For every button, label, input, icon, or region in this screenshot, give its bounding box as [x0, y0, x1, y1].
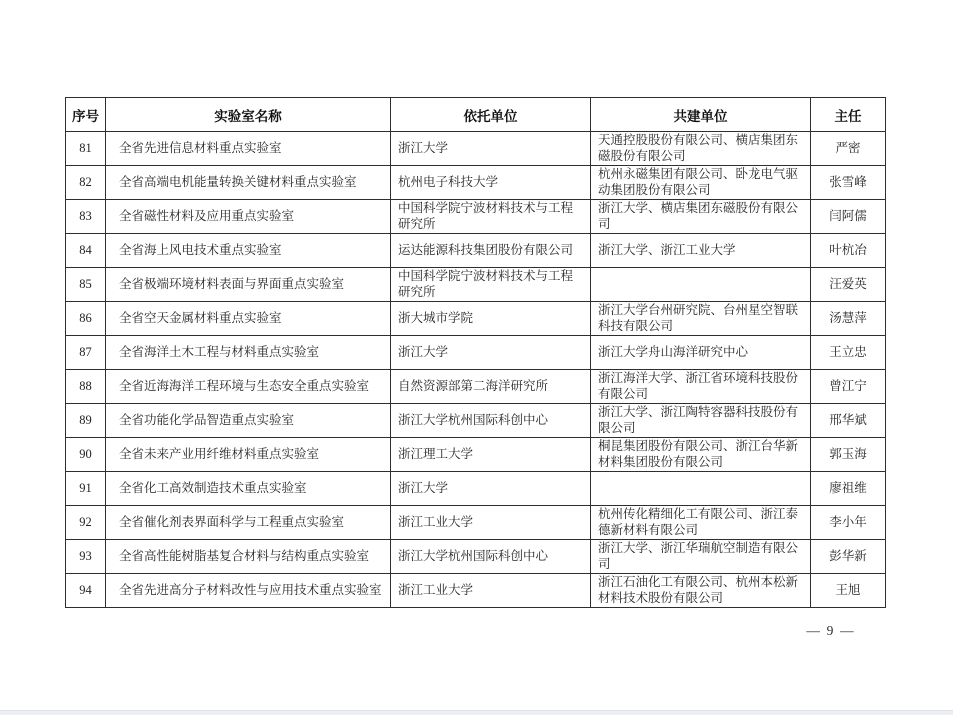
- table-row: 84全省海上风电技术重点实验室运达能源科技集团股份有限公司浙江大学、浙江工业大学…: [66, 234, 886, 268]
- row-number-cell: 85: [66, 268, 106, 302]
- director-cell: 郭玉海: [811, 438, 886, 472]
- lab-table-header: 序号实验室名称依托单位共建单位主任: [66, 98, 886, 132]
- director-cell: 叶杭冶: [811, 234, 886, 268]
- partner-units-cell: 浙江大学、浙江华瑞航空制造有限公司: [591, 540, 811, 574]
- director-cell: 廖祖维: [811, 472, 886, 506]
- lab-name-cell: 全省海洋土木工程与材料重点实验室: [106, 336, 391, 370]
- row-number-cell: 94: [66, 574, 106, 608]
- table-row: 85全省极端环境材料表面与界面重点实验室中国科学院宁波材料技术与工程研究所汪爱英: [66, 268, 886, 302]
- table-row: 91全省化工高效制造技术重点实验室浙江大学廖祖维: [66, 472, 886, 506]
- lab-name-cell: 全省化工高效制造技术重点实验室: [106, 472, 391, 506]
- host-unit-cell: 杭州电子科技大学: [391, 166, 591, 200]
- table-row: 82全省高端电机能量转换关键材料重点实验室杭州电子科技大学杭州永磁集团有限公司、…: [66, 166, 886, 200]
- row-number-cell: 86: [66, 302, 106, 336]
- lab-name-cell: 全省高性能树脂基复合材料与结构重点实验室: [106, 540, 391, 574]
- table-row: 89全省功能化学品智造重点实验室浙江大学杭州国际科创中心浙江大学、浙江陶特容器科…: [66, 404, 886, 438]
- page-number: — 9 —: [765, 623, 895, 639]
- host-unit-cell: 中国科学院宁波材料技术与工程研究所: [391, 268, 591, 302]
- partner-units-cell: 浙江大学舟山海洋研究中心: [591, 336, 811, 370]
- lab-name-cell: 全省催化剂表界面科学与工程重点实验室: [106, 506, 391, 540]
- host-unit-cell: 浙江大学杭州国际科创中心: [391, 540, 591, 574]
- director-cell: 汤慧萍: [811, 302, 886, 336]
- column-header-host-unit: 依托单位: [391, 98, 591, 132]
- row-number-cell: 88: [66, 370, 106, 404]
- column-header-lab-name: 实验室名称: [106, 98, 391, 132]
- row-number-cell: 84: [66, 234, 106, 268]
- table-row: 94全省先进高分子材料改性与应用技术重点实验室浙江工业大学浙江石油化工有限公司、…: [66, 574, 886, 608]
- lab-name-cell: 全省先进高分子材料改性与应用技术重点实验室: [106, 574, 391, 608]
- table-row: 83全省磁性材料及应用重点实验室中国科学院宁波材料技术与工程研究所浙江大学、横店…: [66, 200, 886, 234]
- row-number-cell: 90: [66, 438, 106, 472]
- column-header-director: 主任: [811, 98, 886, 132]
- lab-name-cell: 全省海上风电技术重点实验室: [106, 234, 391, 268]
- lab-table-body: 81全省先进信息材料重点实验室浙江大学天通控股股份有限公司、横店集团东磁股份有限…: [66, 132, 886, 608]
- table-row: 81全省先进信息材料重点实验室浙江大学天通控股股份有限公司、横店集团东磁股份有限…: [66, 132, 886, 166]
- table-row: 86全省空天金属材料重点实验室浙大城市学院浙江大学台州研究院、台州星空智联科技有…: [66, 302, 886, 336]
- partner-units-cell: 浙江大学、浙江工业大学: [591, 234, 811, 268]
- partner-units-cell: 杭州永磁集团有限公司、卧龙电气驱动集团股份有限公司: [591, 166, 811, 200]
- table-row: 93全省高性能树脂基复合材料与结构重点实验室浙江大学杭州国际科创中心浙江大学、浙…: [66, 540, 886, 574]
- partner-units-cell: 浙江石油化工有限公司、杭州本松新材料技术股份有限公司: [591, 574, 811, 608]
- row-number-cell: 87: [66, 336, 106, 370]
- director-cell: 李小年: [811, 506, 886, 540]
- table-row: 87全省海洋土木工程与材料重点实验室浙江大学浙江大学舟山海洋研究中心王立忠: [66, 336, 886, 370]
- director-cell: 汪爱英: [811, 268, 886, 302]
- table-row: 92全省催化剂表界面科学与工程重点实验室浙江工业大学杭州传化精细化工有限公司、浙…: [66, 506, 886, 540]
- partner-units-cell: 浙江大学台州研究院、台州星空智联科技有限公司: [591, 302, 811, 336]
- host-unit-cell: 运达能源科技集团股份有限公司: [391, 234, 591, 268]
- director-cell: 王旭: [811, 574, 886, 608]
- table-row: 90全省未来产业用纤维材料重点实验室浙江理工大学桐昆集团股份有限公司、浙江台华新…: [66, 438, 886, 472]
- table-row: 88全省近海海洋工程环境与生态安全重点实验室自然资源部第二海洋研究所浙江海洋大学…: [66, 370, 886, 404]
- host-unit-cell: 浙江大学: [391, 472, 591, 506]
- director-cell: 彭华新: [811, 540, 886, 574]
- host-unit-cell: 浙江工业大学: [391, 506, 591, 540]
- row-number-cell: 83: [66, 200, 106, 234]
- host-unit-cell: 自然资源部第二海洋研究所: [391, 370, 591, 404]
- lab-table: 序号实验室名称依托单位共建单位主任 81全省先进信息材料重点实验室浙江大学天通控…: [65, 97, 886, 608]
- director-cell: 张雪峰: [811, 166, 886, 200]
- lab-name-cell: 全省近海海洋工程环境与生态安全重点实验室: [106, 370, 391, 404]
- host-unit-cell: 浙江理工大学: [391, 438, 591, 472]
- row-number-cell: 93: [66, 540, 106, 574]
- lab-name-cell: 全省先进信息材料重点实验室: [106, 132, 391, 166]
- lab-name-cell: 全省极端环境材料表面与界面重点实验室: [106, 268, 391, 302]
- host-unit-cell: 浙大城市学院: [391, 302, 591, 336]
- director-cell: 王立忠: [811, 336, 886, 370]
- lab-name-cell: 全省功能化学品智造重点实验室: [106, 404, 391, 438]
- row-number-cell: 92: [66, 506, 106, 540]
- partner-units-cell: 杭州传化精细化工有限公司、浙江泰德新材料有限公司: [591, 506, 811, 540]
- director-cell: 严密: [811, 132, 886, 166]
- host-unit-cell: 浙江大学: [391, 336, 591, 370]
- host-unit-cell: 浙江大学: [391, 132, 591, 166]
- host-unit-cell: 浙江工业大学: [391, 574, 591, 608]
- column-header-no: 序号: [66, 98, 106, 132]
- partner-units-cell: 天通控股股份有限公司、横店集团东磁股份有限公司: [591, 132, 811, 166]
- lab-name-cell: 全省磁性材料及应用重点实验室: [106, 200, 391, 234]
- lab-name-cell: 全省未来产业用纤维材料重点实验室: [106, 438, 391, 472]
- document-page: 序号实验室名称依托单位共建单位主任 81全省先进信息材料重点实验室浙江大学天通控…: [0, 0, 953, 715]
- host-unit-cell: 中国科学院宁波材料技术与工程研究所: [391, 200, 591, 234]
- lab-name-cell: 全省空天金属材料重点实验室: [106, 302, 391, 336]
- column-header-partner-units: 共建单位: [591, 98, 811, 132]
- header-row: 序号实验室名称依托单位共建单位主任: [66, 98, 886, 132]
- director-cell: 邢华斌: [811, 404, 886, 438]
- row-number-cell: 81: [66, 132, 106, 166]
- row-number-cell: 89: [66, 404, 106, 438]
- host-unit-cell: 浙江大学杭州国际科创中心: [391, 404, 591, 438]
- partner-units-cell: [591, 472, 811, 506]
- page-bottom-edge: [0, 710, 953, 715]
- partner-units-cell: [591, 268, 811, 302]
- lab-name-cell: 全省高端电机能量转换关键材料重点实验室: [106, 166, 391, 200]
- row-number-cell: 91: [66, 472, 106, 506]
- partner-units-cell: 浙江海洋大学、浙江省环境科技股份有限公司: [591, 370, 811, 404]
- row-number-cell: 82: [66, 166, 106, 200]
- director-cell: 闫阿儒: [811, 200, 886, 234]
- partner-units-cell: 浙江大学、浙江陶特容器科技股份有限公司: [591, 404, 811, 438]
- director-cell: 曾江宁: [811, 370, 886, 404]
- partner-units-cell: 浙江大学、横店集团东磁股份有限公司: [591, 200, 811, 234]
- partner-units-cell: 桐昆集团股份有限公司、浙江台华新材料集团股份有限公司: [591, 438, 811, 472]
